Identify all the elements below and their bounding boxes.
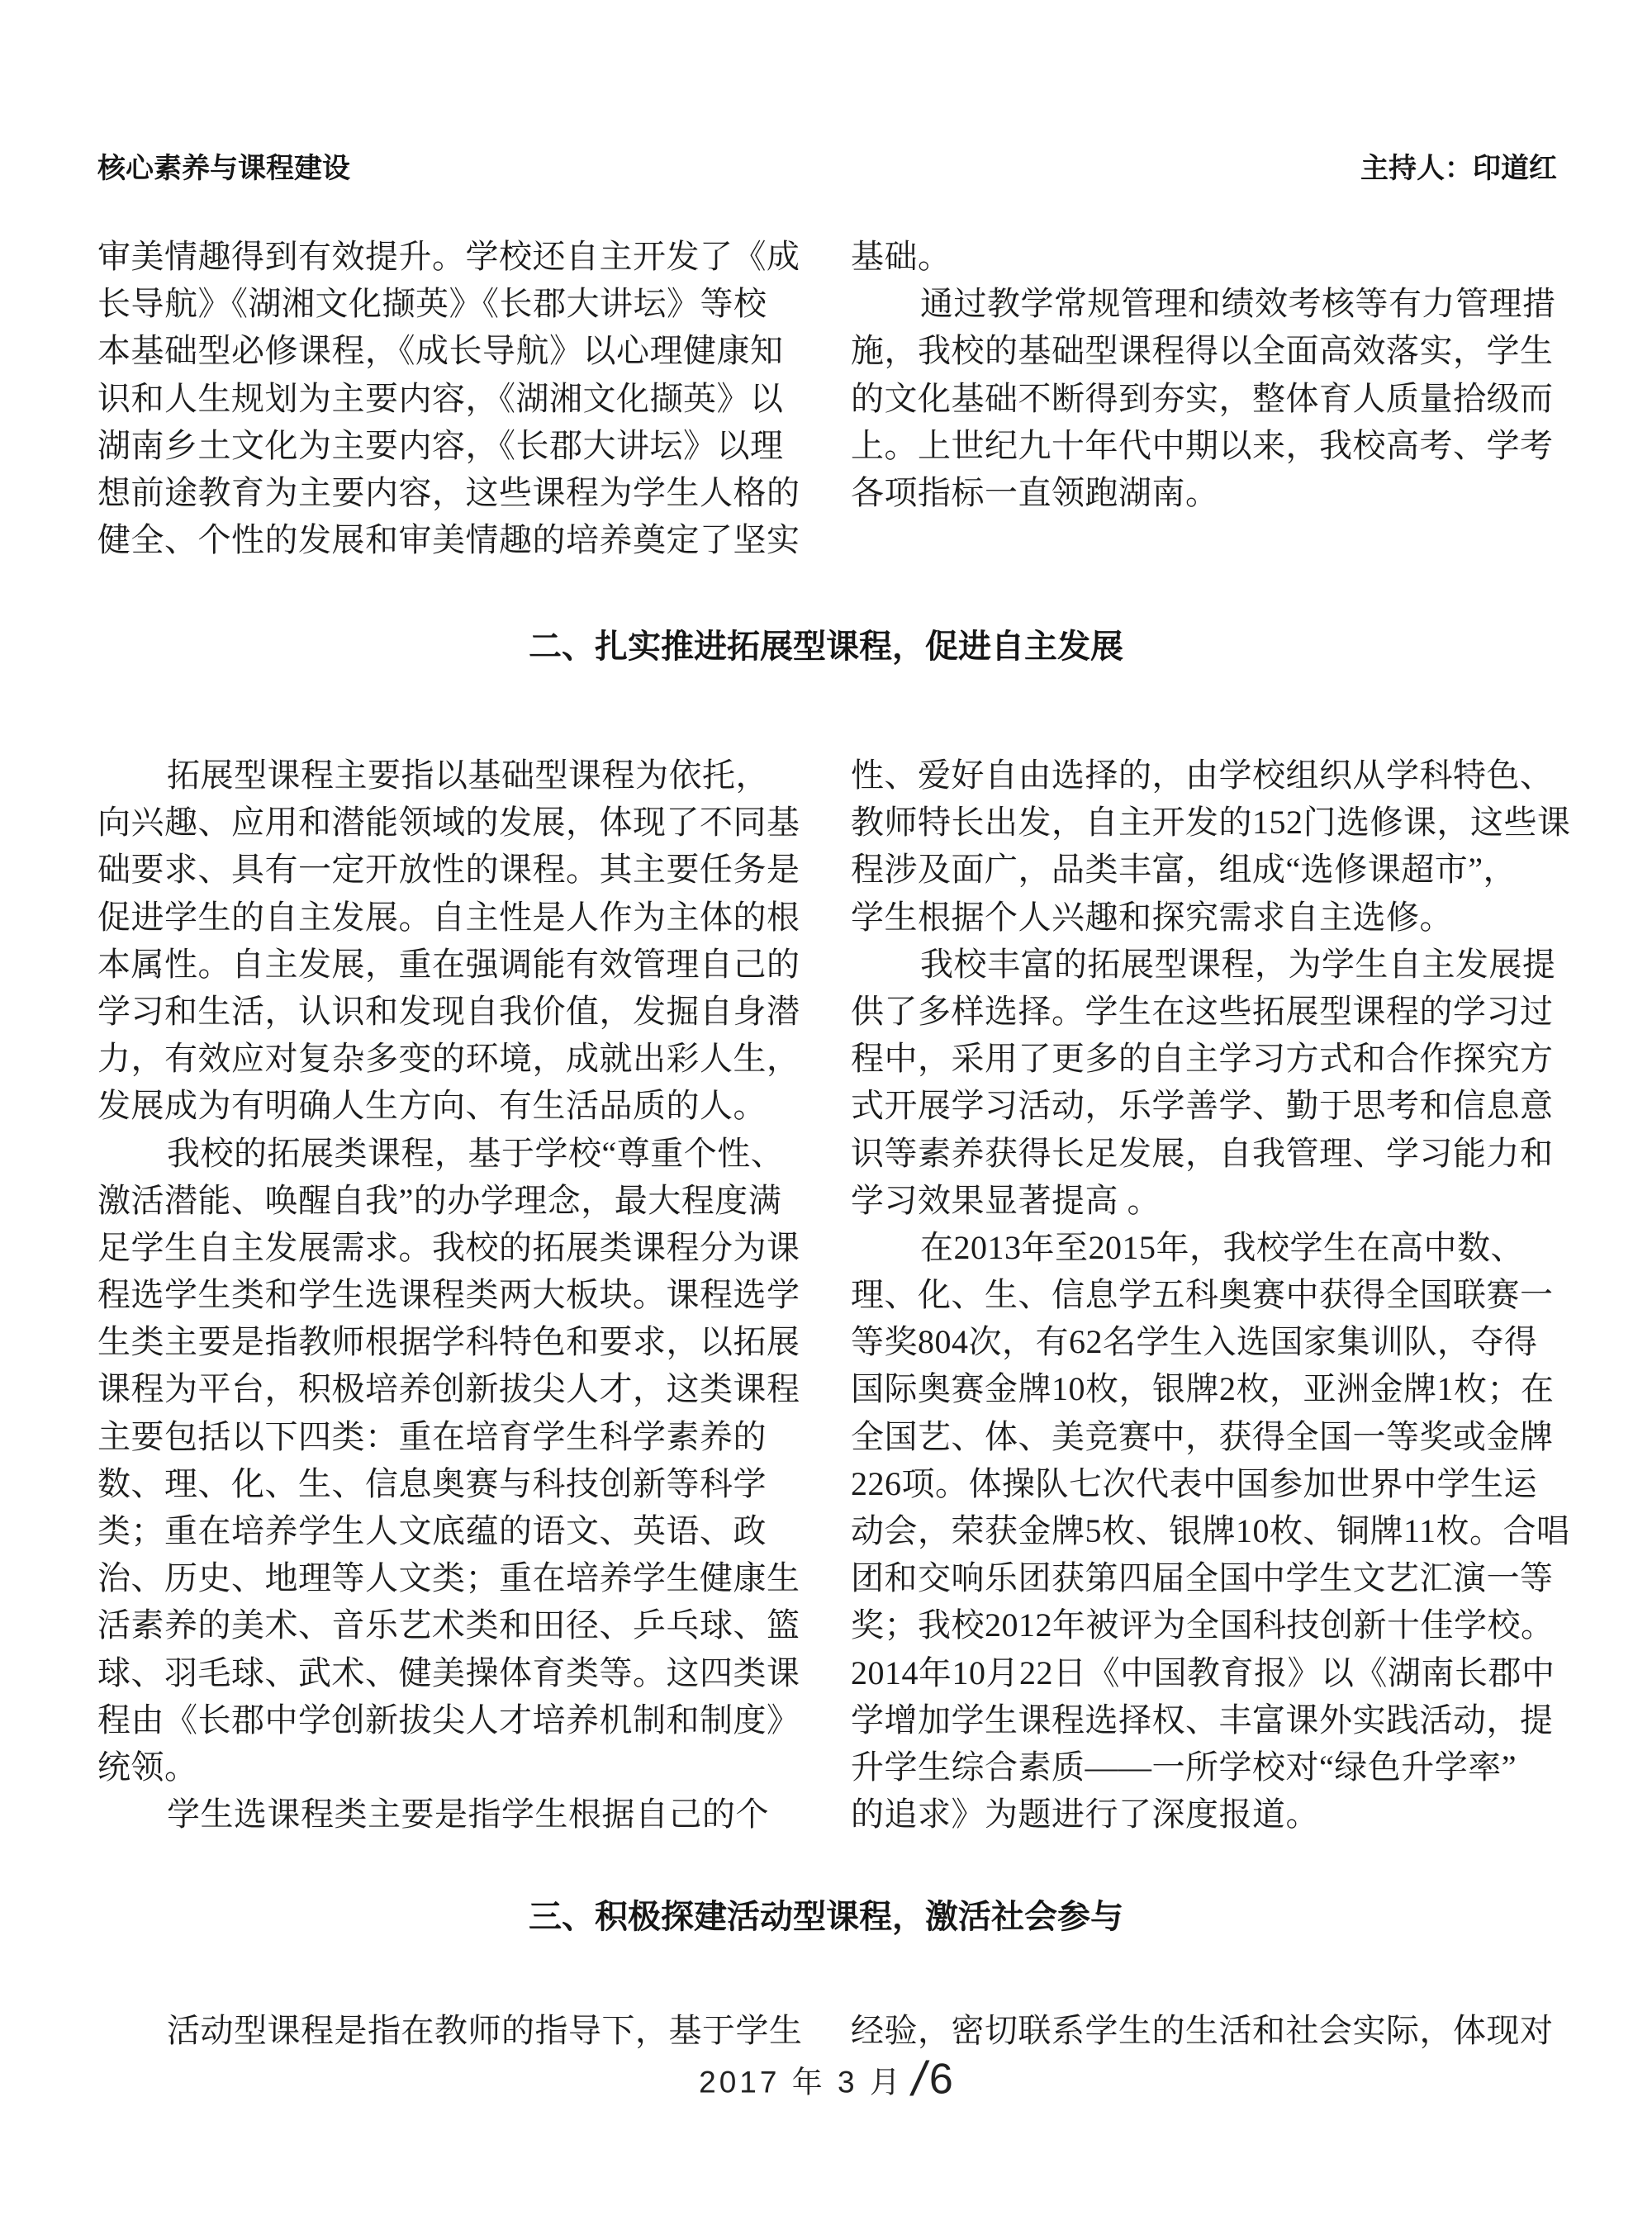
text-line: 226项。体操队七次代表中国参加世界中学生运 [851,1460,1557,1507]
page-footer: 2017 年 3 月 / 6 [0,2052,1652,2107]
text-line: 力，有效应对复杂多变的环境，成就出彩人生， [97,1035,804,1082]
text-line: 拓展型课程主要指以基础型课程为依托， [97,752,804,799]
text-line: 识和人生规划为主要内容，《湖湘文化撷英》以 [97,375,804,422]
text-line: 向兴趣、应用和潜能领域的发展，体现了不同基 [97,799,804,846]
right-column: 基础。通过教学常规管理和绩效考核等有力管理措施，我校的基础型课程得以全面高效落实… [851,233,1557,563]
text-line: 学增加学生课程选择权、丰富课外实践活动，提 [851,1696,1557,1743]
text-line: 数、理、化、生、信息奥赛与科技创新等科学 [97,1460,804,1507]
text-line: 通过教学常规管理和绩效考核等有力管理措 [851,280,1557,327]
text-line: 激活潜能、唤醒自我”的办学理念，最大程度满 [97,1177,804,1224]
running-head: 核心素养与课程建设 主持人：印道红 [97,154,1557,184]
text-line: 发展成为有明确人生方向、有生活品质的人。 [97,1082,804,1129]
text-line: 供了多样选择。学生在这些拓展型课程的学习过 [851,988,1557,1035]
text-line: 式开展学习活动，乐学善学、勤于思考和信息意 [851,1082,1557,1129]
text-line: 识等素养获得长足发展，自我管理、学习能力和 [851,1130,1557,1177]
section-heading-2: 二、扎实推进拓展型课程，促进自主发展 [0,628,1652,666]
body-region-1: 审美情趣得到有效提升。学校还自主开发了《成长导航》《湖湘文化撷英》《长郡大讲坛》… [97,233,1557,563]
text-line: 类；重在培养学生人文底蕴的语文、英语、政 [97,1507,804,1554]
text-line: 学习和生活，认识和发现自我价值，发掘自身潜 [97,988,804,1035]
text-line: 健全、个性的发展和审美情趣的培养奠定了坚实 [97,516,804,563]
text-line: 想前途教育为主要内容，这些课程为学生人格的 [97,469,804,516]
left-column: 活动型课程是指在教师的指导下，基于学生 [97,2007,804,2054]
text-line: 程涉及面广，品类丰富，组成“选修课超市”， [851,846,1557,893]
text-line: 全国艺、体、美竞赛中，获得全国一等奖或金牌 [851,1413,1557,1460]
footer-slash: / [912,2052,925,2106]
body-region-2: 拓展型课程主要指以基础型课程为依托，向兴趣、应用和潜能领域的发展，体现了不同基础… [97,752,1557,1838]
text-line: 学生选课程类主要是指学生根据自己的个 [97,1791,804,1838]
footer-date: 2017 年 3 月 [699,2066,904,2099]
text-line: 教师特长出发，自主开发的152门选修课，这些课 [851,799,1557,846]
text-line: 统领。 [97,1743,804,1791]
text-line: 升学生综合素质——一所学校对“绿色升学率” [851,1743,1557,1791]
text-line: 动会，荣获金牌5枚、银牌10枚、铜牌11枚。合唱 [851,1507,1557,1554]
text-line: 审美情趣得到有效提升。学校还自主开发了《成 [97,233,804,280]
section-heading-3: 三、积极探建活动型课程，激活社会参与 [0,1898,1652,1936]
text-line: 足学生自主发展需求。我校的拓展类课程分为课 [97,1224,804,1271]
text-line: 国际奥赛金牌10枚，银牌2枚，亚洲金牌1枚；在 [851,1365,1557,1412]
text-line: 本基础型必修课程，《成长导航》以心理健康知 [97,327,804,374]
text-line: 奖；我校2012年被评为全国科技创新十佳学校。 [851,1601,1557,1649]
text-line: 课程为平台，积极培养创新拔尖人才，这类课程 [97,1365,804,1412]
text-line: 球、羽毛球、武术、健美操体育类等。这四类课 [97,1649,804,1696]
text-line: 础要求、具有一定开放性的课程。其主要任务是 [97,846,804,893]
running-head-left: 核心素养与课程建设 [97,154,350,184]
text-line: 生类主要是指教师根据学科特色和要求，以拓展 [97,1318,804,1365]
text-line: 学习效果显著提高 。 [851,1177,1557,1224]
text-line: 程中，采用了更多的自主学习方式和合作探究方 [851,1035,1557,1082]
text-line: 治、历史、地理等人文类；重在培养学生健康生 [97,1554,804,1601]
document-page: 核心素养与课程建设 主持人：印道红 审美情趣得到有效提升。学校还自主开发了《成长… [0,0,1652,2225]
text-line: 本属性。自主发展，重在强调能有效管理自己的 [97,941,804,988]
text-line: 上。上世纪九十年代中期以来，我校高考、学考 [851,422,1557,469]
body-region-3: 活动型课程是指在教师的指导下，基于学生 经验，密切联系学生的生活和社会实际，体现… [97,2007,1557,2054]
text-line: 学生根据个人兴趣和探究需求自主选修。 [851,894,1557,941]
text-line: 性、爱好自由选择的，由学校组织从学科特色、 [851,752,1557,799]
text-line: 2014年10月22日《中国教育报》以《湖南长郡中 [851,1649,1557,1696]
text-line: 程选学生类和学生选课程类两大板块。课程选学 [97,1271,804,1318]
text-line: 团和交响乐团获第四届全国中学生文艺汇演一等 [851,1554,1557,1601]
text-line: 主要包括以下四类：重在培育学生科学素养的 [97,1413,804,1460]
running-head-right: 主持人：印道红 [1360,154,1557,184]
right-column: 经验，密切联系学生的生活和社会实际，体现对 [851,2007,1557,2054]
text-line: 等奖804次，有62名学生入选国家集训队，夺得 [851,1318,1557,1365]
text-line: 的追求》为题进行了深度报道。 [851,1791,1557,1838]
text-line: 基础。 [851,233,1557,280]
text-line: 活素养的美术、音乐艺术类和田径、乒乓球、篮 [97,1601,804,1649]
text-line: 促进学生的自主发展。自主性是人作为主体的根 [97,894,804,941]
text-line: 我校的拓展类课程，基于学校“尊重个性、 [97,1130,804,1177]
left-column: 拓展型课程主要指以基础型课程为依托，向兴趣、应用和潜能领域的发展，体现了不同基础… [97,752,804,1838]
text-line: 湖南乡土文化为主要内容，《长郡大讲坛》以理 [97,422,804,469]
text-line: 各项指标一直领跑湖南。 [851,469,1557,516]
text-line: 程由《长郡中学创新拔尖人才培养机制和制度》 [97,1696,804,1743]
text-line: 的文化基础不断得到夯实，整体育人质量拾级而 [851,375,1557,422]
text-line: 施，我校的基础型课程得以全面高效落实，学生 [851,327,1557,374]
text-line: 理、化、生、信息学五科奥赛中获得全国联赛一 [851,1271,1557,1318]
text-line: 长导航》《湖湘文化撷英》《长郡大讲坛》等校 [97,280,804,327]
right-column: 性、爱好自由选择的，由学校组织从学科特色、教师特长出发，自主开发的152门选修课… [851,752,1557,1838]
text-line: 在2013年至2015年，我校学生在高中数、 [851,1224,1557,1271]
text-line: 经验，密切联系学生的生活和社会实际，体现对 [851,2007,1557,2054]
text-line: 活动型课程是指在教师的指导下，基于学生 [97,2007,804,2054]
footer-page-number: 6 [929,2056,953,2104]
left-column: 审美情趣得到有效提升。学校还自主开发了《成长导航》《湖湘文化撷英》《长郡大讲坛》… [97,233,804,563]
text-line: 我校丰富的拓展型课程，为学生自主发展提 [851,941,1557,988]
